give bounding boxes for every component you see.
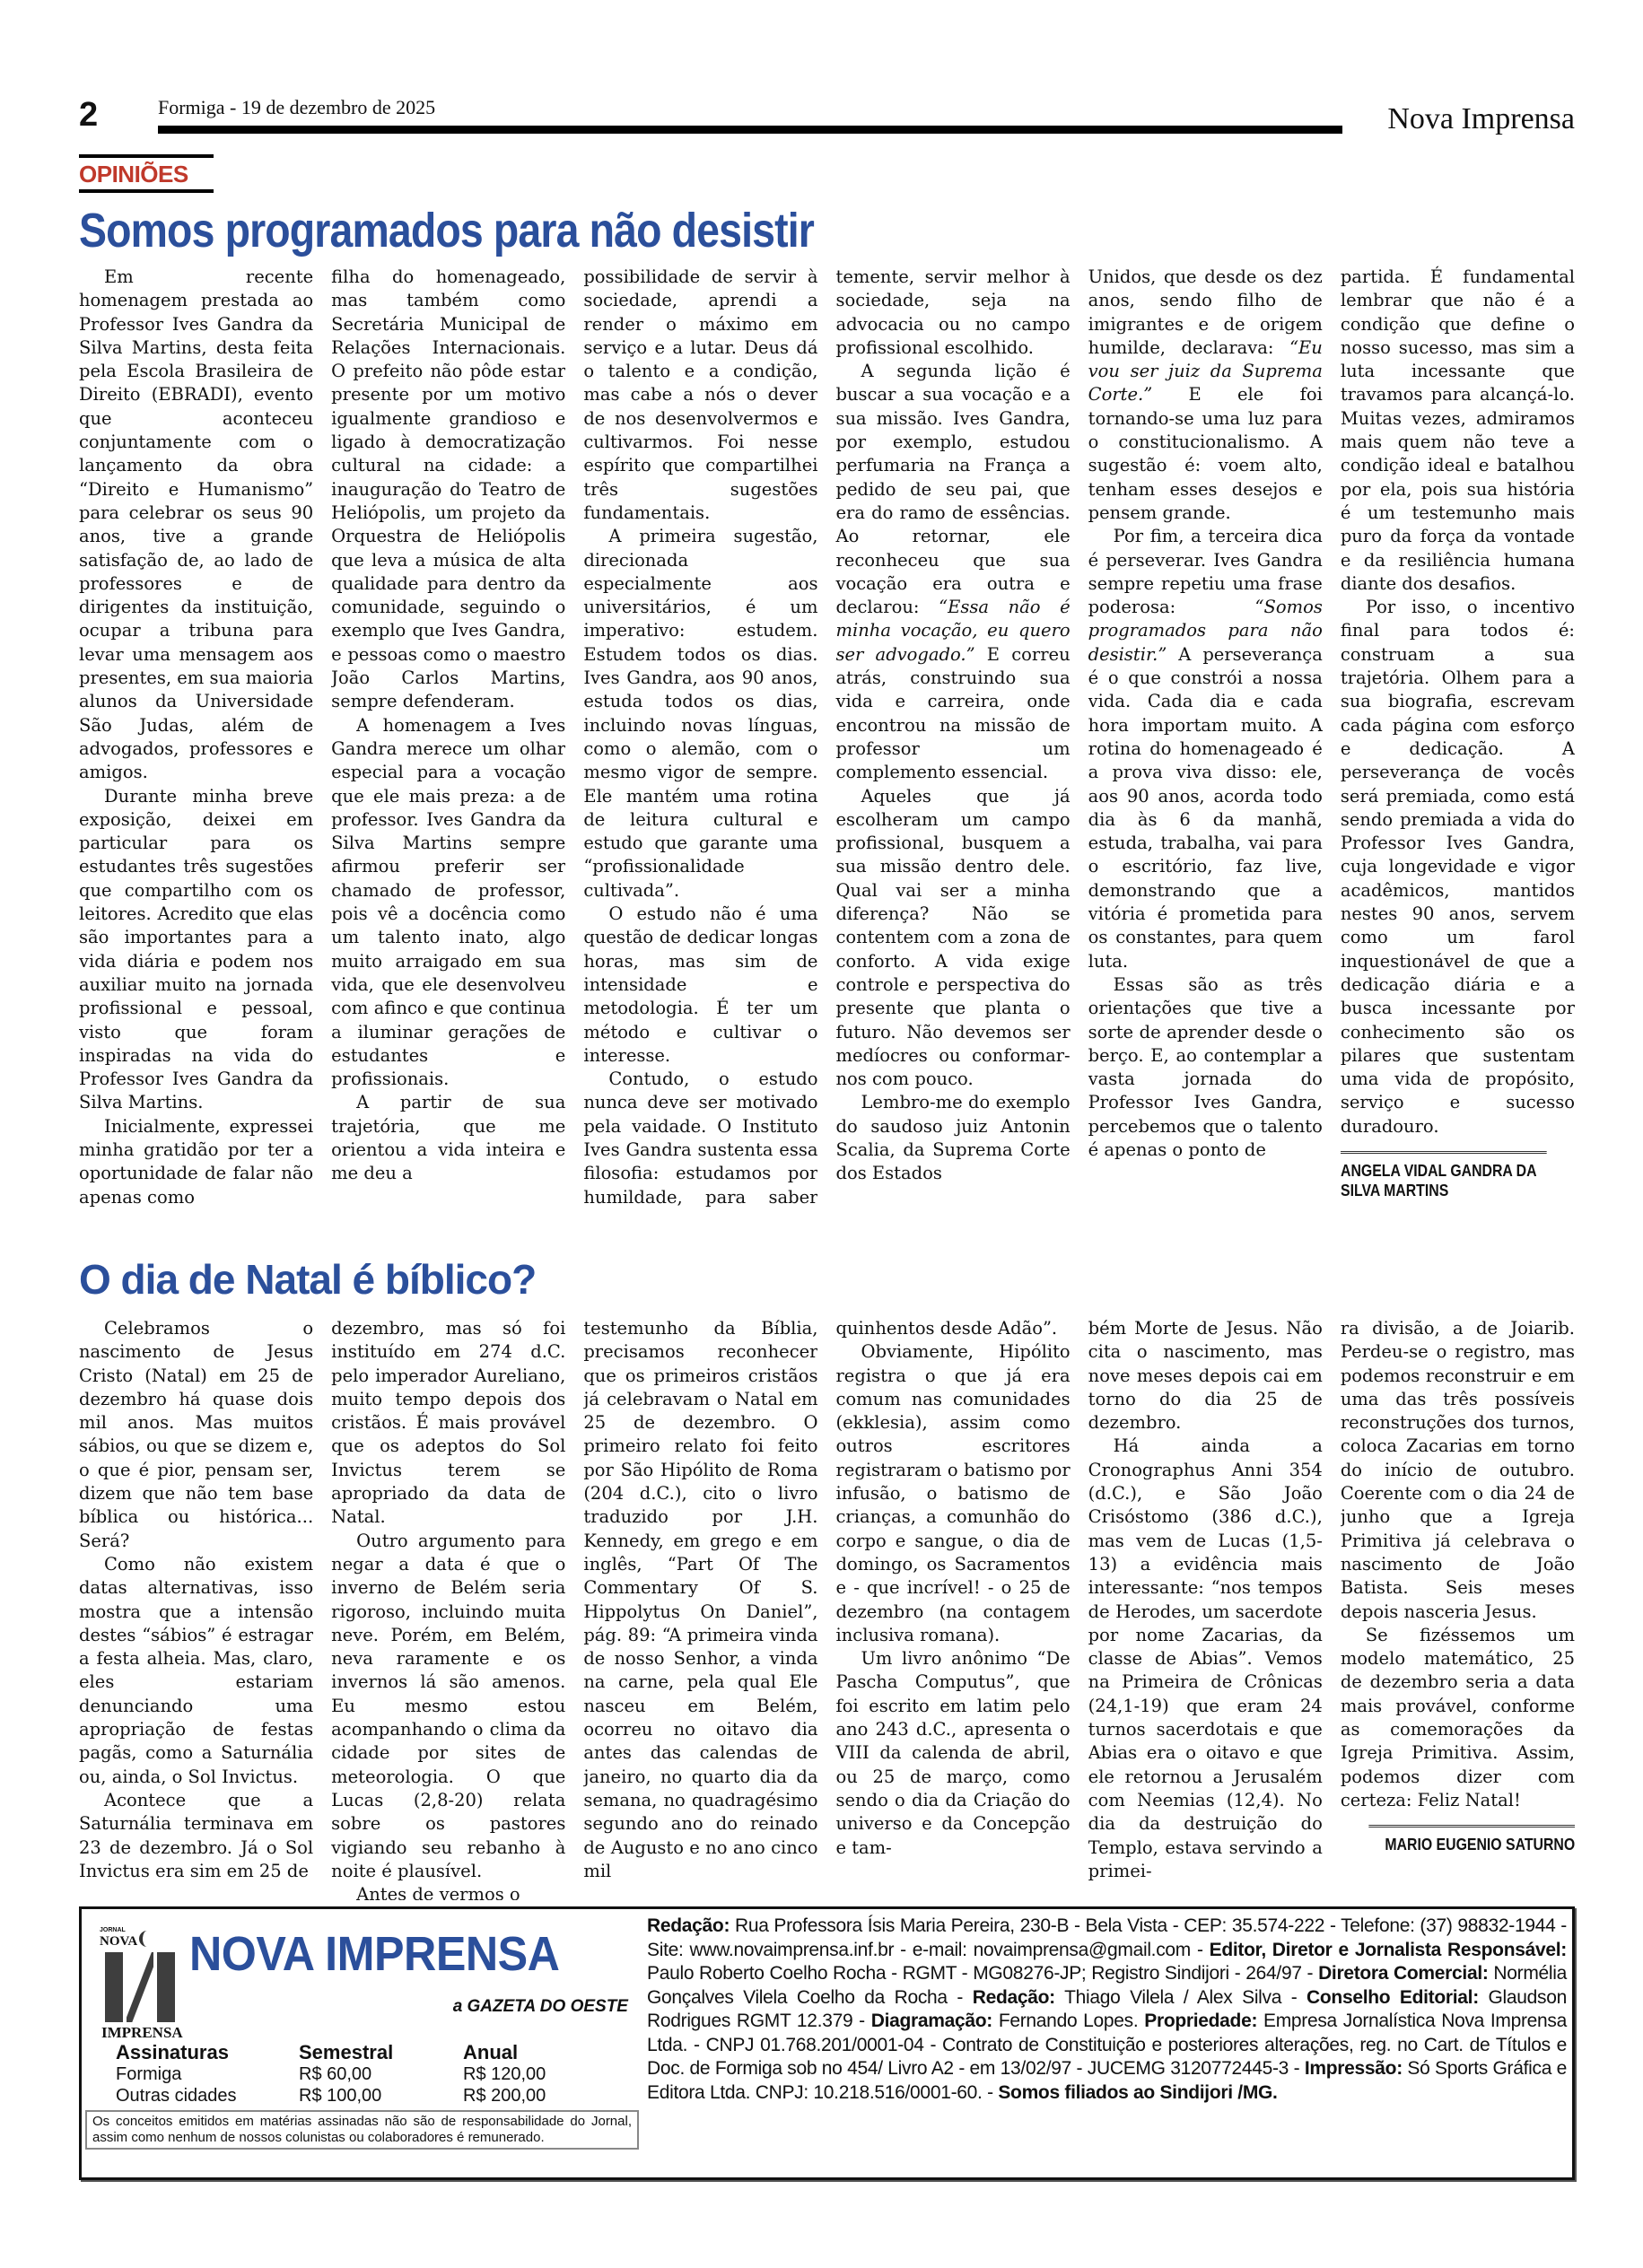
article1-headline: Somos programados para não desistir — [79, 203, 814, 258]
text-column: temente, servir melhor à sociedade, seja… — [835, 266, 1070, 1208]
text-column: dezembro, mas só foi instituído em 274 d… — [331, 1317, 565, 1900]
subscription-table: Assinaturas Semestral Anual Formiga R$ 6… — [116, 2042, 618, 2107]
text-column: ra divisão, a de Joiarib. Perdeu-se o re… — [1341, 1317, 1575, 1900]
paragraph: quinhentos desde Adão”. — [835, 1317, 1070, 1340]
paragraph: Aqueles que já escolheram um campo profi… — [835, 785, 1070, 1092]
paragraph: Obviamente, Hipólito registra o que já e… — [835, 1340, 1070, 1647]
paragraph: Um livro anônimo “De Pascha Computus”, q… — [835, 1647, 1070, 1860]
paragraph: A partir de sua trajetória, que me orien… — [331, 1091, 565, 1185]
masthead-footer: JORNAL NOVA IMPRENSA NOVA IMPRENSA a GAZ… — [79, 1906, 1575, 2180]
paragraph: Acontece que a Saturnália terminava em 2… — [79, 1789, 313, 1883]
paragraph: Contudo, o estudo nunca deve ser motivad… — [583, 1068, 817, 1208]
n-letter-icon — [105, 1952, 175, 2022]
paragraph: ra divisão, a de Joiarib. Perdeu-se o re… — [1341, 1317, 1575, 1624]
text-column: testemunho da Bíblia, precisamos reconhe… — [583, 1317, 817, 1900]
paragraph: Em recente homenagem prestada ao Profess… — [79, 266, 313, 785]
page-header: 2 Formiga - 19 de dezembro de 2025 Nova … — [79, 97, 1575, 142]
paragraph: bém Morte de Jesus. Não cita o nasciment… — [1088, 1317, 1323, 1435]
paragraph: A segunda lição é buscar a sua vocação e… — [835, 360, 1070, 784]
header-rule — [158, 126, 1342, 134]
paragraph: Outro argumento para negar a data é que … — [331, 1530, 565, 1883]
article2-body: Celebramos o nascimento de Jesus Cristo … — [79, 1317, 1575, 1900]
paragraph: A homenagem a Ives Gandra merece um olha… — [331, 714, 565, 1092]
author-byline: MARIO EUGENIO SATURNO — [1368, 1825, 1575, 1854]
paragraph: filha do homenageado, mas também como Se… — [331, 266, 565, 714]
paragraph: Se fizéssemos um modelo matemático, 25 d… — [1341, 1624, 1575, 1812]
paragraph: temente, servir melhor à sociedade, seja… — [835, 266, 1070, 360]
article2-headline: O dia de Natal é bíblico? — [79, 1254, 536, 1304]
text-column: bém Morte de Jesus. Não cita o nasciment… — [1088, 1317, 1323, 1900]
article1-body: Em recente homenagem prestada ao Profess… — [79, 266, 1575, 1208]
subscription-header-row: Assinaturas Semestral Anual — [116, 2042, 618, 2063]
paragraph: Há ainda a Cronographus Anni 354 (d.C.),… — [1088, 1435, 1323, 1883]
footer-brand-panel: JORNAL NOVA IMPRENSA NOVA IMPRENSA a GAZ… — [82, 1909, 642, 2177]
paragraph: Por fim, a terceira dica é perseverar. I… — [1088, 525, 1323, 973]
disclaimer: Os conceitos emitidos em matérias assina… — [85, 2110, 639, 2150]
crescent-icon — [139, 1931, 155, 1947]
subscription-row: Outras cidades R$ 100,00 R$ 200,00 — [116, 2085, 618, 2107]
paragraph: Durante minha breve exposição, deixei em… — [79, 785, 313, 1115]
paragraph: A primeira sugestão, direcionada especia… — [583, 525, 817, 903]
logo-icon: JORNAL NOVA IMPRENSA — [94, 1927, 175, 2035]
paragraph: partida. É fundamental lembrar que não é… — [1341, 266, 1575, 596]
paragraph: Como não existem datas alternativas, iss… — [79, 1553, 313, 1789]
editorial-credits: Redação: Rua Professora Ísis Maria Perei… — [647, 1915, 1567, 2105]
text-column: quinhentos desde Adão”.Obviamente, Hipól… — [835, 1317, 1070, 1900]
paragraph: Por isso, o incentivo final para todos é… — [1341, 596, 1575, 1138]
dateline: Formiga - 19 de dezembro de 2025 — [158, 97, 435, 118]
section-tag: OPINIÕES — [79, 154, 214, 193]
text-column: Em recente homenagem prestada ao Profess… — [79, 266, 313, 1208]
paragraph: Inicialmente, expressei minha gratidão p… — [79, 1115, 313, 1208]
paragraph: Essas são as três orientações que tive a… — [1088, 973, 1323, 1162]
paragraph: dezembro, mas só foi instituído em 274 d… — [331, 1317, 565, 1530]
text-column: Unidos, que desde os dez anos, sendo fil… — [1088, 266, 1323, 1208]
text-column: possibilidade de servir à sociedade, apr… — [583, 266, 817, 1208]
brand-name: NOVA IMPRENSA — [189, 1927, 559, 1981]
text-column: filha do homenageado, mas também como Se… — [331, 266, 565, 1208]
masthead: Nova Imprensa — [1387, 102, 1575, 136]
paragraph: Unidos, que desde os dez anos, sendo fil… — [1088, 266, 1323, 525]
paragraph: Lembro-me do exemplo do saudoso juiz Ant… — [835, 1091, 1070, 1185]
author-byline: ANGELA VIDAL GANDRA DA SILVA MARTINS — [1341, 1151, 1547, 1200]
paragraph: O estudo não é uma questão de dedicar lo… — [583, 903, 817, 1068]
paragraph: Antes de vermos o — [331, 1883, 565, 1900]
paragraph: Celebramos o nascimento de Jesus Cristo … — [79, 1317, 313, 1553]
paragraph: possibilidade de servir à sociedade, apr… — [583, 266, 817, 525]
brand-tagline: a GAZETA DO OESTE — [453, 1997, 628, 2017]
subscription-row: Formiga R$ 60,00 R$ 120,00 — [116, 2063, 618, 2085]
text-column: partida. É fundamental lembrar que não é… — [1341, 266, 1575, 1208]
paragraph: testemunho da Bíblia, precisamos reconhe… — [583, 1317, 817, 1883]
page-number: 2 — [79, 97, 98, 133]
section-label: OPINIÕES — [79, 161, 188, 188]
text-column: Celebramos o nascimento de Jesus Cristo … — [79, 1317, 313, 1900]
